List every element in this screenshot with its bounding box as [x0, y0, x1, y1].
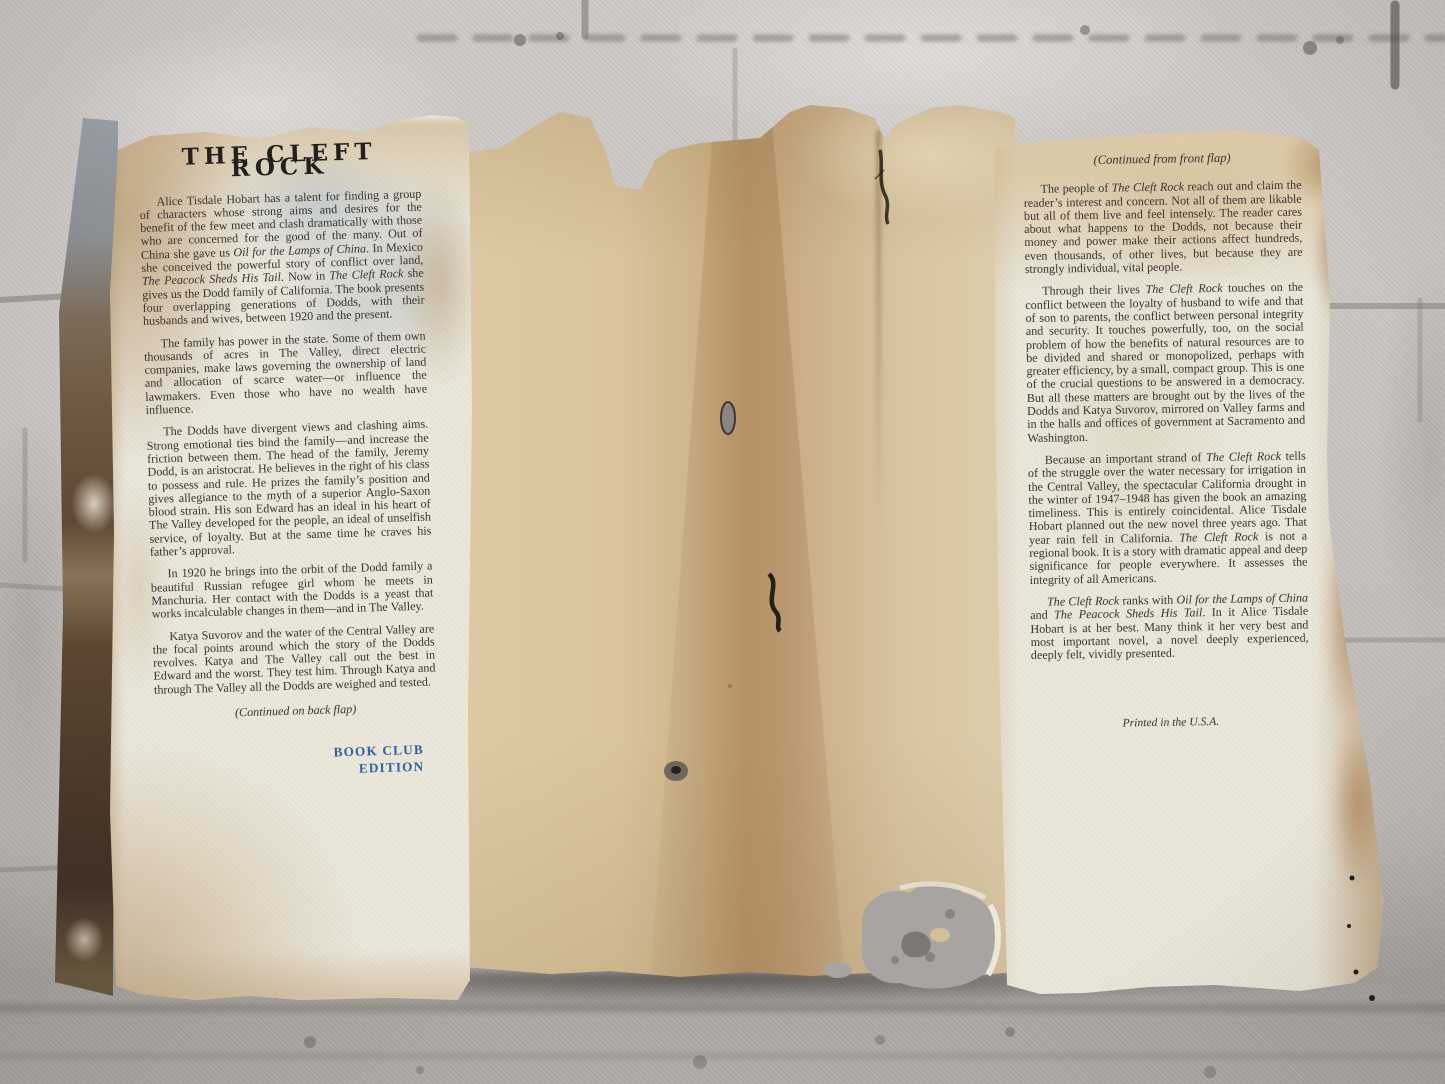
paper-damage-details: [0, 0, 1445, 1084]
photo-of-book-jacket: THE CLEFT ROCK Alice Tisdale Hobart has …: [0, 0, 1445, 1084]
